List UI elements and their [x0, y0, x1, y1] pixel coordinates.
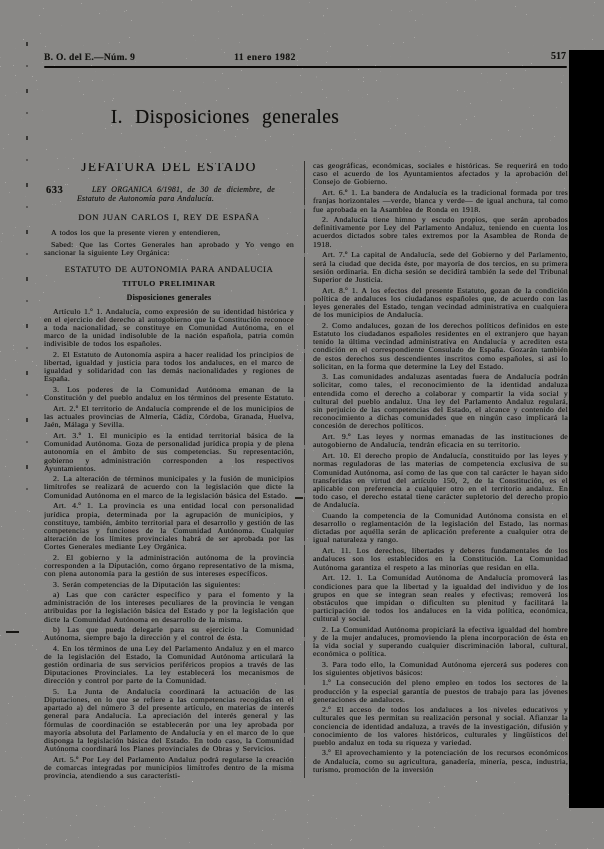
right-column: cas geográficas, económicas, sociales e …	[313, 162, 568, 782]
law-title: LEY ORGANICA 6/1981, de 30 de diciembre,…	[77, 186, 275, 204]
paragraph: Art. 11. Los derechos, libertades y debe…	[313, 547, 568, 572]
paragraph: Art. 7.º La capital de Andalucía, sede d…	[313, 251, 568, 284]
title-heading: TITULO PRELIMINAR	[44, 280, 294, 288]
left-column: JEFATURA DEL ESTADO 633 LEY ORGANICA 6/1…	[44, 163, 294, 781]
paragraph: 4. En los términos de una Ley del Parlam…	[44, 645, 294, 686]
column-divider	[304, 161, 305, 778]
paragraph: Art. 3.º 1. El municipio es la entidad t…	[44, 432, 294, 473]
paragraph: 3. Las comunidades andaluzas asentadas f…	[313, 373, 568, 430]
gazette-entry: 633 LEY ORGANICA 6/1981, de 30 de diciem…	[44, 186, 294, 204]
paragraph: 5. La Junta de Andalucía coordinará la a…	[44, 688, 294, 754]
paragraph: Sabed: Que las Cortes Generales han apro…	[44, 241, 294, 257]
paragraph: 3.º El aprovechamiento y la potenciación…	[313, 749, 568, 774]
paragraph: 3. Serán competencias de la Diputación l…	[44, 581, 294, 589]
page-number: 517	[466, 51, 566, 62]
entry-number: 633	[46, 187, 63, 195]
paragraph: Art. 12. 1. La Comunidad Autónoma de And…	[313, 574, 568, 623]
royal-line: DON JUAN CARLOS I, REY DE ESPAÑA	[44, 213, 294, 221]
header-date: 11 enero 1982	[180, 53, 350, 63]
paragraph: a) Las que con carácter específico y par…	[44, 591, 294, 624]
paragraph: Artículo 1.º 1. Andalucía, como expresió…	[44, 308, 294, 349]
column-dash-artifact	[295, 497, 303, 499]
paragraph: 1.º La consecución del pleno empleo en t…	[313, 679, 568, 704]
paragraph: 2.º El acceso de todos los andaluces a l…	[313, 706, 568, 747]
header-rule	[44, 66, 567, 68]
paragraph: 2. La alteración de términos municipales…	[44, 475, 294, 500]
section-title: I. Disposiciones generales	[44, 107, 406, 129]
paragraph: Cuando la competencia de la Comunidad Au…	[313, 512, 568, 545]
statute-title: ESTATUTO DE AUTONOMIA PARA ANDALUCIA	[44, 265, 294, 273]
left-column-body: Artículo 1.º 1. Andalucía, como expresió…	[44, 308, 294, 781]
paragraph: cas geográficas, económicas, sociales e …	[313, 162, 568, 187]
paragraph: 2. Como andaluces, gozan de los derechos…	[313, 322, 568, 371]
binding-marks-artifact	[26, 42, 28, 512]
paragraph: Art. 8.º 1. A los efectos del presente E…	[313, 287, 568, 320]
paragraph: Art. 4.º 1. La provincia es una entidad …	[44, 502, 294, 551]
agency-heading: JEFATURA DEL ESTADO	[44, 163, 294, 171]
paragraph: Art. 9.º Las leyes y normas emanadas de …	[313, 433, 568, 449]
paragraph: 3. Para todo ello, la Comunidad Autónoma…	[313, 661, 568, 677]
paragraph: Art. 6.º 1. La bandera de Andalucía es l…	[313, 189, 568, 214]
paragraph: Art. 10. El derecho propio de Andalucía,…	[313, 452, 568, 509]
paragraph: b) Las que pueda delegarle para su ejerc…	[44, 626, 294, 642]
preamble: A todos los que la presente vieren y ent…	[44, 229, 294, 257]
margin-dash-artifact	[6, 631, 19, 633]
paragraph: A todos los que la presente vieren y ent…	[44, 229, 294, 237]
paragraph: 2. El Estatuto de Autonomía aspira a hac…	[44, 351, 294, 384]
paragraph: Art. 5.º Por Ley del Parlamento Andaluz …	[44, 756, 294, 781]
paragraph: Art. 2.º El territorio de Andalucía comp…	[44, 405, 294, 430]
paragraph: 2. El gobierno y la administración autón…	[44, 554, 294, 579]
paragraph: 2. Andalucía tiene himno y escudo propio…	[313, 216, 568, 249]
paragraph: 3. Los poderes de la Comunidad Autónoma …	[44, 386, 294, 402]
scan-noise-band	[569, 50, 604, 808]
paragraph: 2. La Comunidad Autónoma propiciará la e…	[313, 626, 568, 659]
subsection-heading: Disposiciones generales	[44, 294, 294, 302]
header-edition: B. O. del E.—Núm. 9	[44, 53, 135, 63]
boe-scanned-page: B. O. del E.—Núm. 9 11 enero 1982 517 I.…	[0, 0, 604, 849]
